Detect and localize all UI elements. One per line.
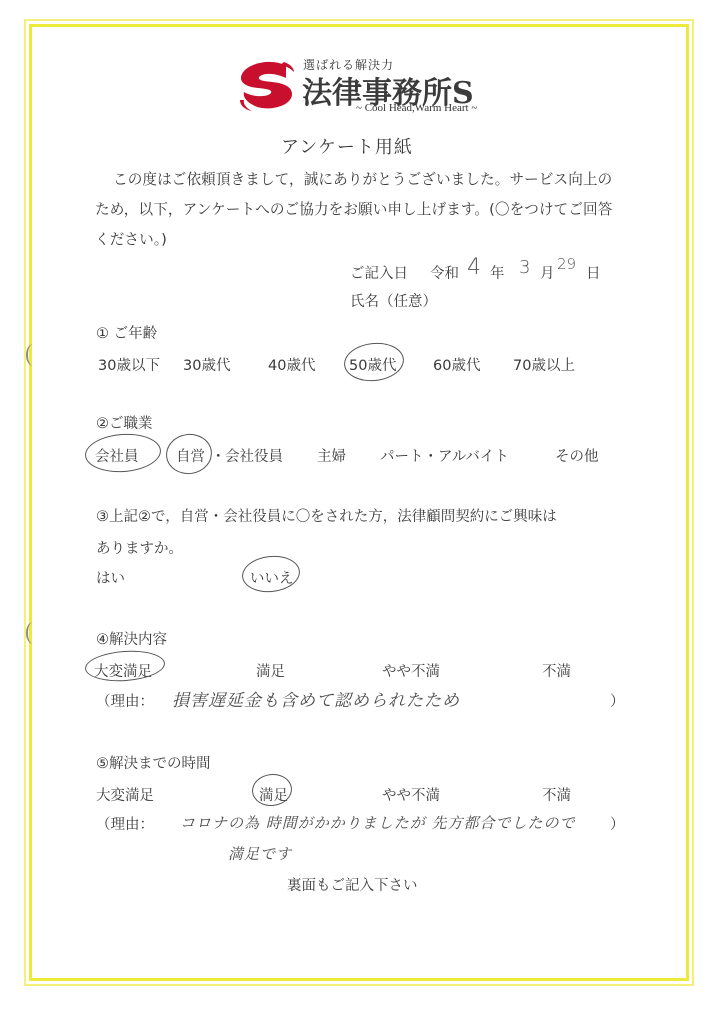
date-year-value[interactable]: 4 [467, 255, 481, 280]
date-month-unit: 月 [540, 262, 555, 283]
q3-title-line2: ありますか。 [96, 537, 183, 558]
firm-motto: ~ Cool Head,Warm Heart ~ [356, 102, 477, 114]
q2-option-executive[interactable]: 会社役員 [225, 445, 283, 466]
date-day-value[interactable]: 29 [557, 255, 576, 273]
q4-option-dissatisfied[interactable]: 不満 [542, 660, 571, 681]
q4-title: ④解決内容 [96, 628, 167, 649]
q1-title: ① ご年齢 [96, 322, 157, 343]
q1-option-50s[interactable]: 50歳代 [349, 354, 396, 375]
date-label: ご記入日 [350, 262, 408, 283]
firm-logo-icon [234, 60, 298, 112]
date-era: 令和 [430, 262, 459, 283]
q2-option-employee[interactable]: 会社員 [95, 445, 139, 466]
q3-title-line1: ③上記②で，自営・会社役員に〇をされた方，法律顧問契約にご興味は [96, 505, 557, 526]
date-day-unit: 日 [586, 262, 601, 283]
q5-reason-close: ） [610, 813, 625, 834]
q2-title: ②ご職業 [96, 412, 153, 433]
q5-option-satisfied[interactable]: 満足 [259, 784, 288, 805]
q5-option-somewhat-dissatisfied[interactable]: やや不満 [382, 784, 440, 805]
intro-text: この度はご依頼頂きまして，誠にありがとうございました。サービス向上のため，以下，… [95, 165, 615, 255]
q2-option-other[interactable]: その他 [555, 445, 599, 466]
date-year-unit: 年 [490, 262, 505, 283]
q4-reason-close: ） [610, 690, 625, 711]
q4-option-somewhat-dissatisfied[interactable]: やや不満 [382, 660, 440, 681]
q5-option-very-satisfied[interactable]: 大変満足 [96, 784, 154, 805]
q2-option-separator: ・ [211, 445, 226, 466]
q4-reason-label: （理由： [96, 690, 154, 711]
q2-option-self-employed[interactable]: 自営 [176, 445, 205, 466]
punch-hole-mark [26, 622, 40, 644]
q3-option-no[interactable]: いいえ [250, 567, 294, 588]
q2-option-housewife[interactable]: 主婦 [317, 445, 346, 466]
q5-reason-field-line2[interactable]: 満足です [228, 843, 292, 864]
form-title: アンケート用紙 [281, 133, 413, 159]
back-side-note: 裏面もご記入下さい [287, 874, 418, 895]
q4-reason-field[interactable]: 損害遅延金も含めて認められたため [172, 686, 460, 711]
q2-option-part-time[interactable]: パート・アルバイト [380, 445, 509, 466]
q4-option-satisfied[interactable]: 満足 [256, 660, 285, 681]
date-month-value[interactable]: 3 [519, 257, 530, 278]
q3-option-yes[interactable]: はい [96, 567, 125, 588]
q1-option-60s[interactable]: 60歳代 [433, 354, 480, 375]
q4-option-very-satisfied[interactable]: 大変満足 [94, 660, 152, 681]
punch-hole-mark [26, 344, 40, 366]
q5-title: ⑤解決までの時間 [96, 752, 211, 773]
name-label: 氏名（任意） [350, 290, 437, 311]
q5-reason-field-line1[interactable]: コロナの為 時間がかかりましたが 先方都合でしたので [180, 812, 576, 833]
q5-reason-label: （理由： [96, 813, 154, 834]
q1-option-40s[interactable]: 40歳代 [268, 354, 315, 375]
q1-option-70plus[interactable]: 70歳以上 [513, 354, 575, 375]
q5-option-dissatisfied[interactable]: 不満 [542, 784, 571, 805]
q1-option-under30[interactable]: 30歳以下 [98, 354, 160, 375]
q1-option-30s[interactable]: 30歳代 [183, 354, 230, 375]
